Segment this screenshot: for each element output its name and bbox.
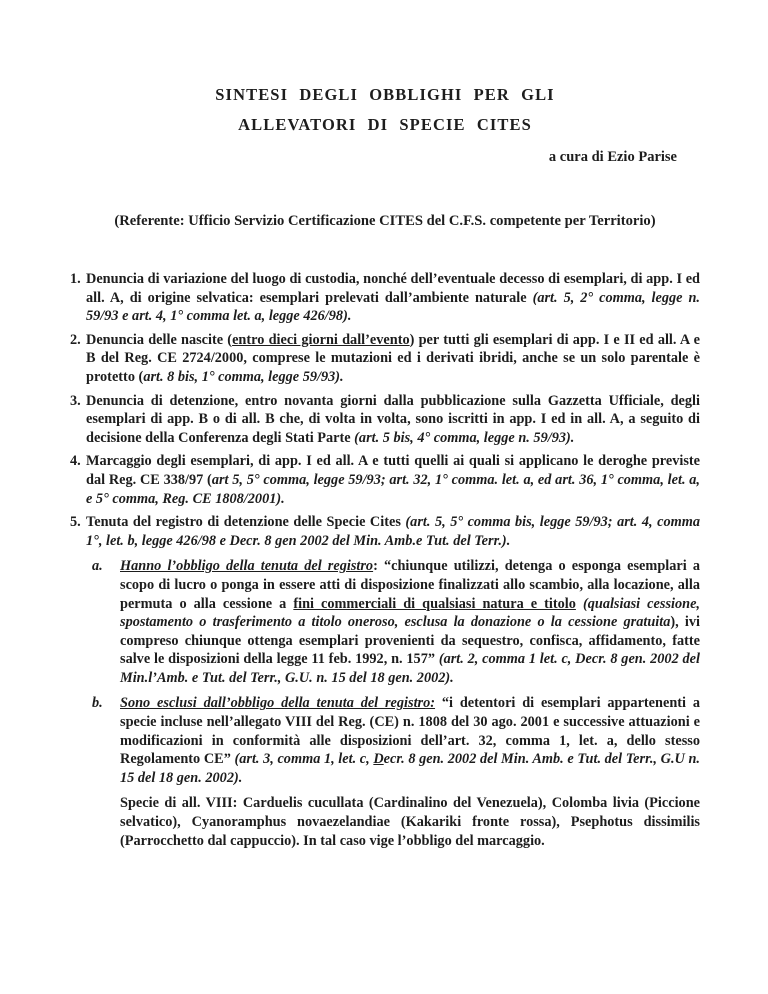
title-line-2: ALLEVATORI DI SPECIE CITES <box>70 110 700 140</box>
sub-item-a-letter: a. <box>92 557 120 576</box>
document-page: SINTESI DEGLI OBBLIGHI PER GLI ALLEVATOR… <box>0 0 768 994</box>
item-3-number: 3. <box>70 392 86 411</box>
document-title: SINTESI DEGLI OBBLIGHI PER GLI ALLEVATOR… <box>70 80 700 140</box>
sub-item-a: a.Hanno l’obbligo della tenuta del regis… <box>92 557 700 687</box>
item-3-text: Denuncia di detenzione, entro novanta gi… <box>86 393 700 446</box>
item-4-text: Marcaggio degli esemplari, di app. I ed … <box>86 453 700 506</box>
item-1-number: 1. <box>70 270 86 289</box>
sub-item-b-text: Sono esclusi dall’obbligo della tenuta d… <box>120 695 700 785</box>
title-line-1: SINTESI DEGLI OBBLIGHI PER GLI <box>70 80 700 110</box>
obligations-list: 1.Denuncia di variazione del luogo di cu… <box>70 270 700 850</box>
byline: a cura di Ezio Parise <box>70 149 700 166</box>
list-item-3: 3.Denuncia di detenzione, entro novanta … <box>70 392 700 448</box>
list-item-5: 5.Tenuta del registro di detenzione dell… <box>70 513 700 550</box>
sub-item-b-letter: b. <box>92 694 120 713</box>
item-4-number: 4. <box>70 452 86 471</box>
species-paragraph: Specie di all. VIII: Carduelis cucullata… <box>120 794 700 850</box>
sub-item-b: b.Sono esclusi dall’obbligo della tenuta… <box>92 694 700 787</box>
item-2-text: Denuncia delle nascite (entro dieci gior… <box>86 332 700 385</box>
sub-item-a-text: Hanno l’obbligo della tenuta del registr… <box>120 558 700 686</box>
list-item-4: 4.Marcaggio degli esemplari, di app. I e… <box>70 452 700 508</box>
list-item-1: 1.Denuncia di variazione del luogo di cu… <box>70 270 700 326</box>
item-5-text: Tenuta del registro di detenzione delle … <box>86 514 700 549</box>
referent-line: (Referente: Ufficio Servizio Certificazi… <box>70 213 700 230</box>
item-1-text: Denuncia di variazione del luogo di cust… <box>86 271 700 324</box>
item-2-number: 2. <box>70 331 86 350</box>
item-5-number: 5. <box>70 513 86 532</box>
list-item-2: 2.Denuncia delle nascite (entro dieci gi… <box>70 331 700 387</box>
